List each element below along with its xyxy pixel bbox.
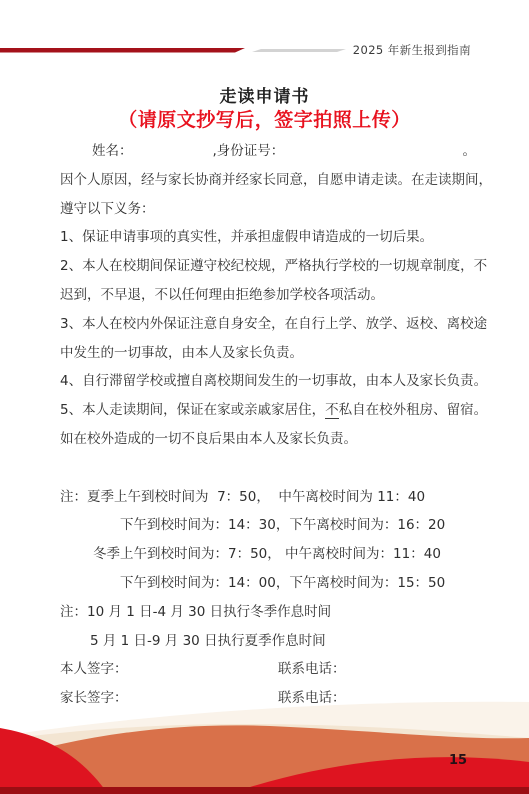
header-red-rule (0, 48, 245, 53)
rule-2-line-2: 迟到，不早退，不以任何理由拒绝参加学校各项活动。 (60, 281, 476, 310)
document-page: 2025 年新生报到指南 走读申请书 （请原文抄写后，签字拍照上传） 姓名： ,… (0, 0, 529, 794)
rule-5-underlined-char: 不 (325, 402, 339, 419)
page-number: 15 (449, 753, 467, 768)
intro-line-2: 遵守以下义务： (60, 195, 476, 224)
note-period-line-1: 注：10 月 1 日-4 月 30 日执行冬季作息时间 (60, 598, 476, 627)
name-label: 姓名： (92, 137, 133, 166)
parent-phone-label: 联系电话： (278, 684, 346, 713)
page-title: 走读申请书 (0, 82, 529, 107)
name-blank-field (133, 137, 213, 166)
rule-2-line-1: 2、本人在校期间保证遵守校纪校规，严格执行学校的一切规章制度，不 (60, 252, 476, 281)
sentence-end-mark: 。 (463, 137, 477, 166)
bottom-dark-strip (0, 787, 529, 794)
note-summer-line-2: 下午到校时间为：14：30，下午离校时间为：16：20 (60, 511, 476, 540)
rule-1-line: 1、保证申请事项的真实性，并承担虚假申请造成的一切后果。 (60, 223, 476, 252)
note-period-line-2: 5 月 1 日-9 月 30 日执行夏季作息时间 (60, 627, 476, 656)
blank-line (60, 454, 476, 483)
student-signature-label: 本人签字： (60, 655, 278, 684)
note-summer-line-1: 注：夏季上午到校时间为 7：50， 中午离校时间为 11：40 (60, 483, 476, 512)
rule-4-line: 4、自行滞留学校或擅自离校期间发生的一切事故，由本人及家长负责。 (60, 367, 476, 396)
form-body: 姓名： ,身份证号： 。 因个人原因，经与家长协商并经家长同意，自愿申请走读。在… (60, 137, 476, 713)
note-winter-line-2: 下午到校时间为：14：00，下午离校时间为：15：50 (60, 569, 476, 598)
header-gray-rule (252, 49, 346, 52)
rule-5-line-1: 5、本人走读期间，保证在家或亲戚家居住，不私自在校外租房、留宿。 (60, 396, 476, 425)
rule-5-line-2: 如在校外造成的一切不良后果由本人及家长负责。 (60, 425, 476, 454)
parent-signature-label: 家长签字： (60, 684, 278, 713)
parent-signature-row: 家长签字： 联系电话： (60, 684, 476, 713)
rule-5-post-text: 私自在校外租房、留宿。 (339, 402, 488, 418)
intro-line-1: 因个人原因，经与家长协商并经家长同意，自愿申请走读。在走读期间， (60, 166, 476, 195)
student-phone-label: 联系电话： (278, 655, 346, 684)
rule-3-line-2: 中发生的一切事故，由本人及家长负责。 (60, 339, 476, 368)
note-winter-line-1: 冬季上午到校时间为：7：50， 中午离校时间为：11：40 (60, 540, 476, 569)
page-subtitle: （请原文抄写后，签字拍照上传） (0, 105, 529, 132)
id-number-blank-field (284, 137, 462, 166)
name-id-row: 姓名： ,身份证号： 。 (60, 137, 476, 166)
student-signature-row: 本人签字： 联系电话： (60, 655, 476, 684)
rule-5-pre-text: 5、本人走读期间，保证在家或亲戚家居住， (60, 402, 325, 418)
id-number-label: ,身份证号： (213, 137, 285, 166)
rule-3-line-1: 3、本人在校内外保证注意自身安全，在自行上学、放学、返校、离校途 (60, 310, 476, 339)
guide-title-label: 2025 年新生报到指南 (353, 42, 471, 58)
